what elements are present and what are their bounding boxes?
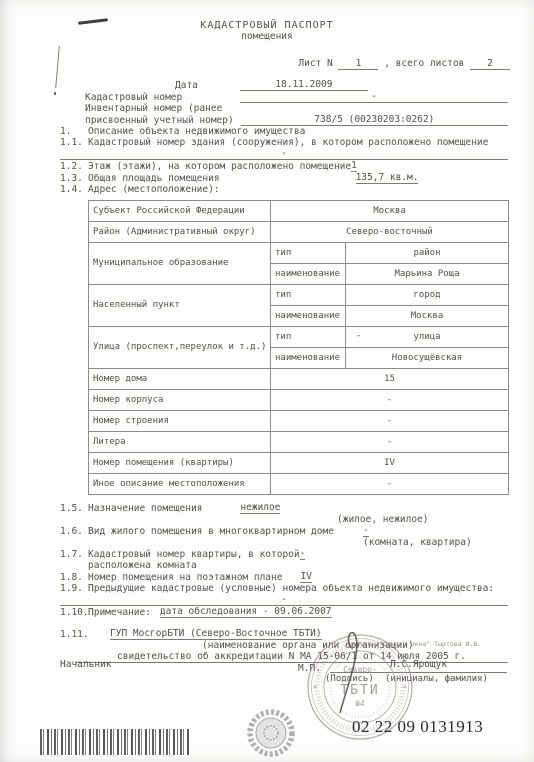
table-row: Номер помещения (квартиры) IV [89, 453, 509, 474]
stamp-text-line3: №4 [354, 699, 364, 708]
section-1: 1. Описание объекта недвижимого имуществ… [60, 126, 534, 137]
serial-number: 02 22 09 0131913 [352, 721, 483, 732]
row-label: Населенный пункт [89, 285, 271, 327]
section-1-1-value-row: - [60, 148, 534, 160]
section-1-7-value: - [300, 548, 306, 560]
row-subvalue: город [346, 285, 509, 306]
section-1-9: 1.9. Предыдущие кадастровые (условные) н… [60, 583, 534, 594]
document-subtitle: помещения [0, 31, 534, 42]
row-label: Иное описание местоположения [89, 474, 271, 495]
sheet-total-label: , всего листов [384, 58, 464, 69]
section-1-6-number: 1.6. [60, 526, 88, 537]
section-1-2-text: Этаж (этажи), на котором расположено пом… [88, 161, 351, 172]
section-1-5-text: Назначение помещения [88, 503, 202, 514]
sheet-label: Лист N [298, 58, 332, 69]
row-subkey: тип [271, 285, 346, 306]
row-label: Номер дома [89, 369, 271, 390]
sheet-info: Лист N 1 , всего листов 2 [0, 58, 534, 70]
row-value: 15 [271, 369, 509, 390]
row-label: Район (Административный округ) [89, 222, 271, 243]
row-subvalue: Москва [346, 306, 509, 327]
section-1-8-text: Номер помещения на поэтажном плане [88, 572, 282, 583]
section-1-7-text-line1: Кадастровый номер квартиры, в которой [88, 549, 300, 560]
section-1-1-text: Кадастровый номер здания (сооружения), в… [88, 137, 488, 148]
table-row: Улица (проспект,переулок и т.д.) тип -ул… [89, 327, 509, 348]
inventory-label-line1: Инвентарный номер (ранее [85, 103, 222, 114]
stray-dash: - [356, 331, 361, 342]
section-1-7: 1.7. Кадастровый номер квартиры, в котор… [60, 548, 534, 560]
cadastral-number-value: - [240, 91, 508, 103]
section-1-10-text: Примечание: [88, 607, 151, 618]
sheet-number: 1 [338, 58, 378, 70]
section-1-10: 1.10. Примечание: дата обследования - 09… [60, 606, 534, 618]
address-table: Субъект Российской Федерации Москва Райо… [88, 200, 509, 495]
cadastral-number-label: Кадастровый номер [85, 92, 182, 103]
section-1-6: 1.6. Вид жилого помещения в многоквартир… [60, 525, 534, 537]
row-label: Номер корпуса [89, 390, 271, 411]
section-1-4-text: Адрес (местоположение): [88, 184, 220, 195]
row-subkey: наименование [271, 264, 346, 285]
row-subkey: тип [271, 327, 346, 348]
street-type-value: улица [413, 332, 440, 342]
section-1-number: 1. [60, 126, 88, 137]
sheet-total: 2 [470, 58, 510, 70]
section-1-9-number: 1.9. [60, 583, 88, 594]
embossed-seal-icon [246, 708, 296, 758]
row-label: Номер строения [89, 411, 271, 432]
section-1-11-org: ГУП МосгорБТИ (Северо-Восточное ТБТИ) [110, 628, 322, 640]
row-subvalue: Марьина Роща [346, 264, 509, 285]
section-1-6-hint: (комната, квартира) [363, 537, 534, 548]
row-value: - [271, 390, 509, 411]
section-1-1-value: - [60, 148, 508, 160]
section-1-9-value: - [60, 594, 508, 606]
section-1-11-number: 1.11. [60, 629, 88, 640]
date-label: Дата [175, 80, 198, 91]
section-1-3-value: 135,7 кв.м. [356, 172, 419, 184]
row-subvalue: район [346, 243, 509, 264]
table-row: Муниципальное образование тип район [89, 243, 509, 264]
section-1-4: 1.4. Адрес (местоположение): [60, 184, 534, 195]
section-1-7-number: 1.7. [60, 549, 88, 560]
section-1-2: 1.2. Этаж (этажи), на котором расположен… [60, 160, 534, 172]
section-1-9-value-row: - [60, 594, 534, 606]
table-row: Район (Административный округ) Северо-во… [89, 222, 509, 243]
svg-text:*: * [403, 684, 408, 693]
section-1-1: 1.1. Кадастровый номер здания (сооружени… [60, 137, 534, 148]
row-value: - [271, 411, 509, 432]
pen-mark [54, 92, 56, 95]
section-1-7-text-line2: расположена комната [88, 560, 534, 571]
row-subkey: наименование [271, 306, 346, 327]
row-subkey: тип [271, 243, 346, 264]
date-value: 18.11.2009 [240, 79, 368, 91]
row-label: Номер помещения (квартиры) [89, 453, 271, 474]
table-row: Литера - [89, 432, 509, 453]
stamp-text-line1: Северо- [343, 665, 377, 674]
table-row: Населенный пункт тип город [89, 285, 509, 306]
section-1-3-text: Общая площадь помещения [88, 173, 220, 184]
row-subkey: наименование [271, 348, 346, 369]
section-1-2-number: 1.2. [60, 161, 88, 172]
row-value: Москва [271, 201, 509, 222]
section-1-8: 1.8. Номер помещения на поэтажном плане … [60, 571, 534, 583]
row-subvalue: -улица [346, 327, 509, 348]
table-row: Номер строения - [89, 411, 509, 432]
table-row: Иное описание местоположения - [89, 474, 509, 495]
row-label: Улица (проспект,переулок и т.д.) [89, 327, 271, 369]
section-1-6-text: Вид жилого помещения в многоквартирном д… [88, 526, 334, 537]
section-1-5: 1.5. Назначение помещения нежилое [60, 502, 534, 514]
section-1-5-value: нежилое [240, 502, 280, 514]
section-1-1-number: 1.1. [60, 137, 88, 148]
section-1-3: 1.3. Общая площадь помещения 135,7 кв.м. [60, 172, 534, 184]
table-row: Номер дома 15 [89, 369, 509, 390]
section-1-8-value: IV [300, 571, 311, 583]
section-1-11: 1.11. ГУП МосгорБТИ (Северо-Восточное ТБ… [60, 628, 534, 640]
inventory-number-row-1: Инвентарный номер (ранее [0, 103, 534, 114]
cadastral-number-row: Кадастровый номер - [0, 91, 534, 103]
table-row: Субъект Российской Федерации Москва [89, 201, 509, 222]
inventory-label-line2: присвоенный учетный номер) [85, 115, 234, 126]
row-value: IV [271, 453, 509, 474]
section-1-6-value: - [363, 525, 369, 537]
section-1-10-value: дата обследования - 09.06.2007 [160, 606, 332, 618]
section-1-9-text: Предыдущие кадастровые (условные) номера… [88, 583, 494, 594]
section-1-5-hint: (жилое, нежилое) [337, 514, 534, 525]
inventory-number-row-2: присвоенный учетный номер) 738/5 (002302… [0, 114, 534, 126]
barcode [40, 729, 190, 755]
date-row: Дата 18.11.2009 [0, 79, 534, 91]
section-1-5-number: 1.5. [60, 503, 88, 514]
section-1-8-number: 1.8. [60, 572, 88, 583]
section-1-2-value: 1 [351, 160, 357, 172]
row-label: Субъект Российской Федерации [89, 201, 271, 222]
row-value: Северо-восточный [271, 222, 509, 243]
inventory-value: 738/5 (00230203:0262) [241, 114, 508, 126]
chief-label: Начальник [60, 659, 111, 670]
row-label: Муниципальное образование [89, 243, 271, 285]
cadastral-passport-page: КАДАСТРОВЫЙ ПАСПОРТ помещения Лист N 1 ,… [0, 0, 534, 762]
section-1-text: Описание объекта недвижимого имущества [88, 126, 305, 137]
section-1-4-number: 1.4. [60, 184, 88, 195]
table-row: Номер корпуса - [89, 390, 509, 411]
row-value: - [271, 432, 509, 453]
row-value: - [271, 474, 509, 495]
row-label: Литера [89, 432, 271, 453]
svg-text:*: * [313, 684, 318, 693]
section-1-3-number: 1.3. [60, 173, 88, 184]
section-1-10-number: 1.10. [60, 607, 88, 618]
row-subvalue: Новосущёвская [346, 348, 509, 369]
